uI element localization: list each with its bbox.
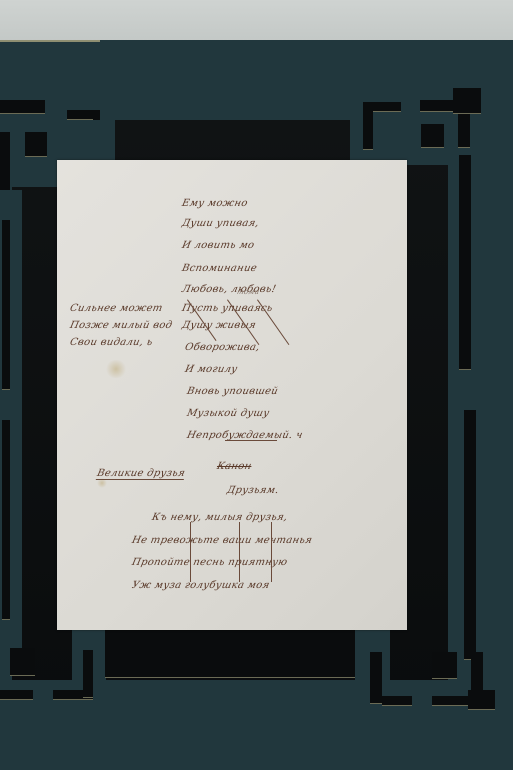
fret-cutout (0, 690, 33, 700)
fret-cutout (453, 88, 481, 114)
text-line: Къ нему, милыя друзья, (151, 512, 289, 523)
strike-stroke (239, 522, 240, 582)
text-line: Обворожива, (184, 342, 261, 353)
fret-cutout (468, 690, 495, 710)
strike-stroke (271, 522, 272, 582)
manuscript-page: Ему можно Души упивая, И ловить мо Вспом… (57, 160, 407, 630)
fret-cutout (83, 650, 93, 698)
text-line: Вспоминание (181, 263, 258, 274)
fret-cutout (421, 124, 444, 148)
fret-cutout (0, 100, 45, 114)
fret-slit (2, 220, 10, 390)
margin-note: Позже милый вод (69, 320, 174, 331)
fret-cutout (363, 102, 373, 150)
fret-cutout (370, 652, 382, 704)
fret-cutout (10, 648, 35, 676)
fret-slit (464, 410, 476, 660)
strike-stroke (190, 522, 191, 582)
poem-heading: Друзьям. (226, 485, 280, 496)
text-line: Не тревожьте ваши мечтанья (131, 535, 313, 546)
text-line: Ему можно (181, 198, 249, 209)
divider-flourish (225, 440, 277, 441)
fret-slit (2, 420, 10, 620)
fret-cutout (382, 696, 412, 706)
fret-cutout (105, 630, 355, 678)
fret-cutout (471, 652, 483, 692)
text-line: Души упивая, (181, 218, 260, 229)
fret-slit (459, 155, 471, 370)
text-line: Пропойте песнь приятную (131, 557, 289, 568)
margin-note: Свои видали, ь (69, 337, 154, 348)
wall-background (0, 0, 513, 42)
text-line: Любовь, любовь! (181, 284, 277, 295)
frame-right-border (448, 150, 513, 710)
fret-cutout (458, 114, 470, 148)
margin-note: Великие друзья (96, 468, 186, 480)
correction-note: томи (236, 288, 260, 296)
text-line: Уж муза голубушка моя (131, 580, 271, 591)
struck-title: Канон (216, 461, 253, 472)
paper-stain (105, 360, 127, 378)
text-line: И могилу (184, 364, 239, 375)
fret-cutout (432, 652, 457, 679)
text-line: И ловить мо (181, 240, 256, 251)
fret-cutout (25, 132, 47, 157)
margin-note: Сильнее может (69, 303, 164, 314)
text-line: Музыкой душу (186, 408, 271, 419)
fret-cutout (432, 696, 472, 706)
text-line: Вновь упоившей (186, 386, 279, 397)
